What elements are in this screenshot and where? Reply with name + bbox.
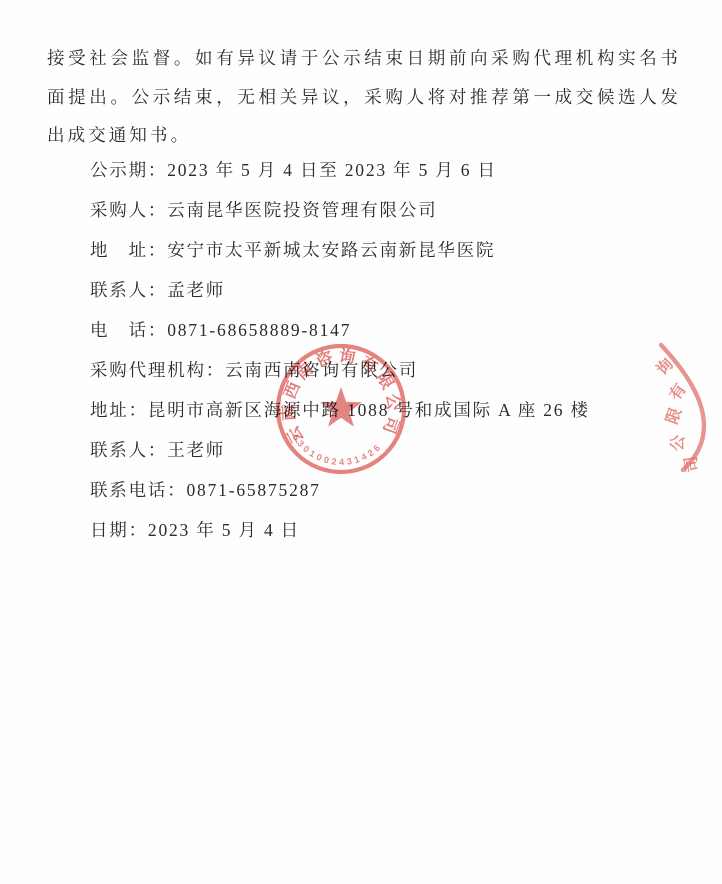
- notice-paragraph: 接受社会监督。如有异议请于公示结束日期前向采购代理机构实名书面提出。公示结束，无…: [47, 39, 681, 155]
- field-agency: 采购代理机构：云南西南咨询有限公司: [90, 350, 590, 390]
- field-date: 日期：2023 年 5 月 4 日: [90, 510, 590, 550]
- field-value: 孟老师: [167, 280, 225, 300]
- field-purchaser-address: 地 址：安宁市太平新城太安路云南新昆华医院: [90, 230, 590, 270]
- field-label: 联系人：: [90, 440, 167, 460]
- svg-text:询: 询: [652, 354, 677, 379]
- field-value: 云南西南咨询有限公司: [225, 360, 418, 380]
- field-value: 安宁市太平新城太安路云南新昆华医院: [167, 240, 495, 260]
- field-value: 0871-68658889-8147: [167, 320, 351, 340]
- field-purchaser-contact: 联系人：孟老师: [90, 270, 590, 310]
- field-purchaser-phone: 电 话：0871-68658889-8147: [90, 310, 590, 350]
- svg-text:有: 有: [665, 380, 690, 404]
- scanned-document-page: 接受社会监督。如有异议请于公示结束日期前向采购代理机构实名书面提出。公示结束，无…: [0, 0, 722, 884]
- partial-seal-stamp: 询 有 限 公 司: [640, 320, 722, 480]
- field-value: 王老师: [167, 440, 225, 460]
- field-agency-phone: 联系电话：0871-65875287: [90, 470, 590, 510]
- field-purchaser: 采购人：云南昆华医院投资管理有限公司: [90, 190, 590, 230]
- field-value: 0871-65875287: [187, 480, 321, 500]
- field-label: 联系人：: [90, 280, 167, 300]
- info-fields: 公示期：2023 年 5 月 4 日至 2023 年 5 月 6 日 采购人：云…: [90, 150, 590, 550]
- field-label: 采购代理机构：: [90, 360, 225, 380]
- field-value: 昆明市高新区海源中路 1088 号和成国际 A 座 26 楼: [148, 400, 590, 420]
- field-label: 公示期：: [90, 160, 167, 180]
- field-label: 电 话：: [90, 320, 167, 340]
- svg-text:公: 公: [668, 433, 688, 452]
- field-label: 地 址：: [90, 240, 167, 260]
- field-value: 2023 年 5 月 4 日: [148, 520, 300, 540]
- field-label: 联系电话：: [90, 480, 187, 500]
- field-value: 2023 年 5 月 4 日至 2023 年 5 月 6 日: [167, 160, 497, 180]
- svg-text:限: 限: [662, 405, 685, 427]
- partial-seal-ring-arc: [661, 345, 704, 470]
- svg-text:司: 司: [681, 455, 702, 474]
- field-label: 采购人：: [90, 200, 167, 220]
- field-agency-contact: 联系人：王老师: [90, 430, 590, 470]
- field-publicity-period: 公示期：2023 年 5 月 4 日至 2023 年 5 月 6 日: [90, 150, 590, 190]
- field-label: 地址：: [90, 400, 148, 420]
- partial-seal-text: 询 有 限 公 司: [652, 354, 702, 473]
- field-value: 云南昆华医院投资管理有限公司: [167, 200, 437, 220]
- field-agency-address: 地址：昆明市高新区海源中路 1088 号和成国际 A 座 26 楼: [90, 390, 590, 430]
- field-label: 日期：: [90, 520, 148, 540]
